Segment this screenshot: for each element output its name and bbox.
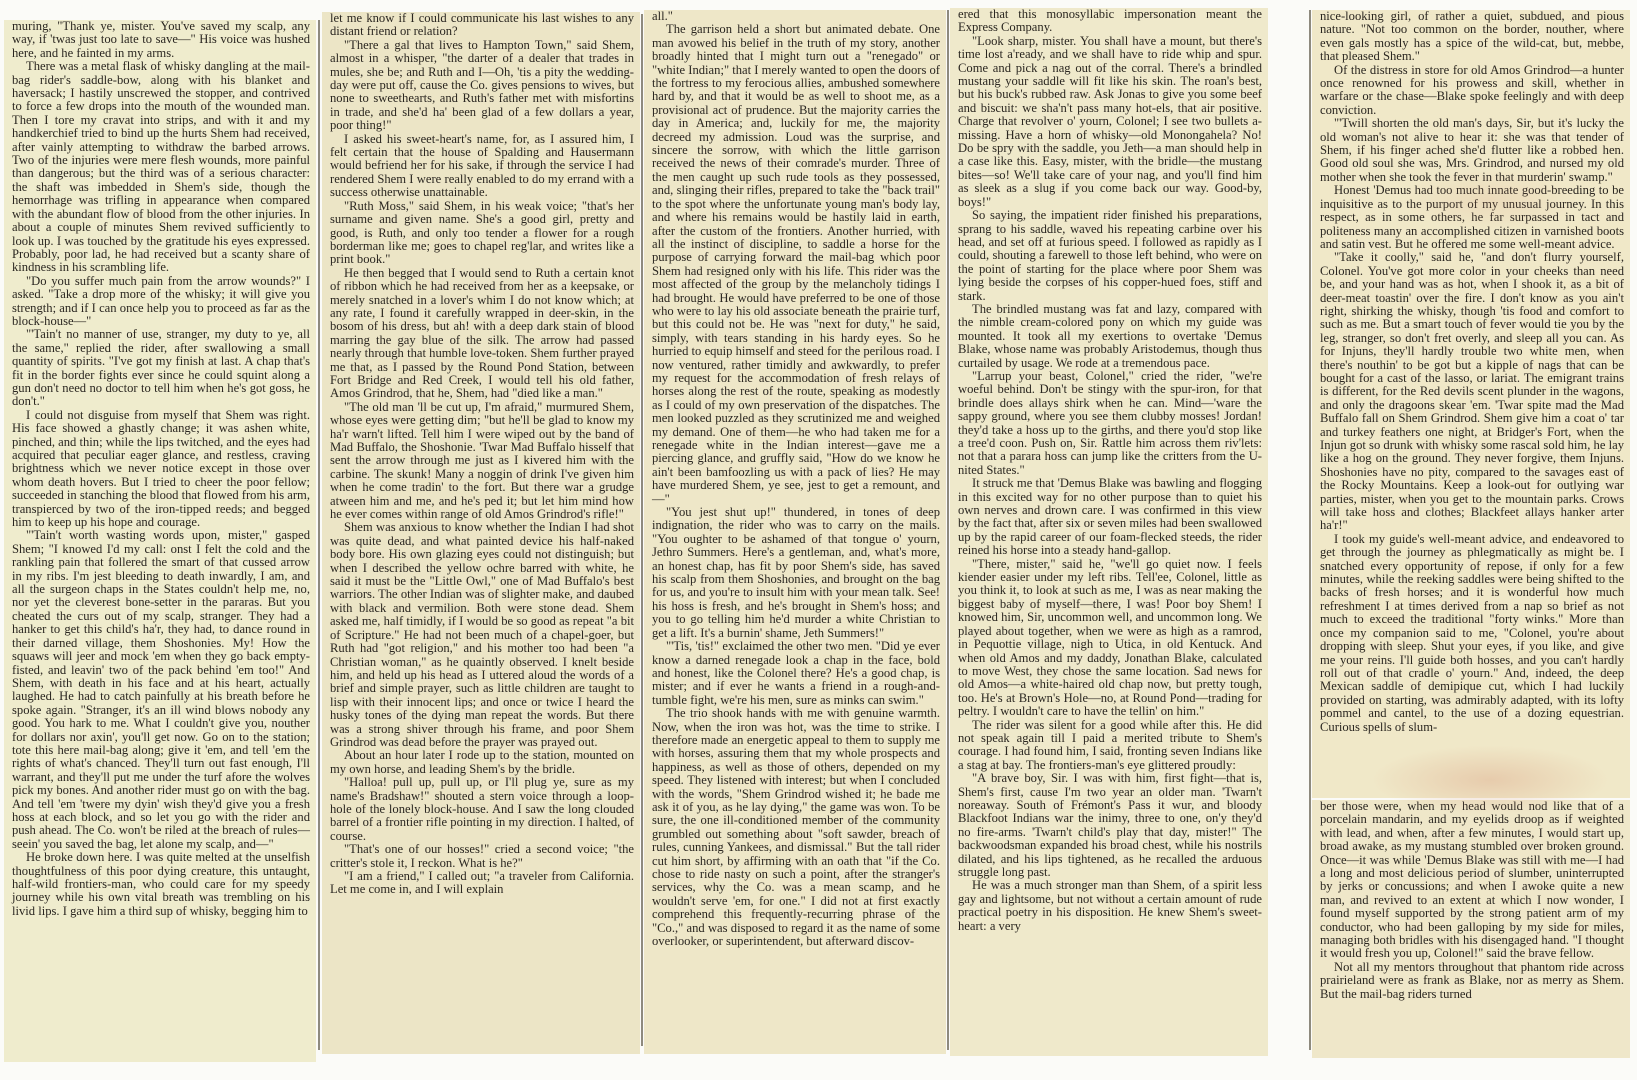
paragraph: I asked his sweet-heart's name, for, as … bbox=[330, 133, 634, 200]
paragraph: "Ruth Moss," said Shem, in his weak voic… bbox=[330, 200, 634, 267]
column-3: all."The garrison held a short but anima… bbox=[644, 10, 946, 1054]
column-5-top: nice-looking girl, of rather a quiet, su… bbox=[1312, 10, 1630, 798]
paragraph: Not all my mentors throughout that phant… bbox=[1320, 961, 1624, 1001]
paragraph: ber those were, when my head would nod l… bbox=[1320, 800, 1624, 961]
paragraph: "'Tain't worth wasting words upon, miste… bbox=[12, 529, 310, 851]
column-rule bbox=[641, 14, 643, 1046]
column-rule bbox=[1309, 10, 1311, 1050]
paragraph: He was a much stronger man than Shem, of… bbox=[958, 879, 1262, 933]
paragraph: The brindled mustang was fat and lazy, c… bbox=[958, 303, 1262, 370]
paragraph: Shem was anxious to know whether the Ind… bbox=[330, 521, 634, 749]
paragraph: "That's one of our hosses!" cried a seco… bbox=[330, 843, 634, 870]
paragraph: nice-looking girl, of rather a quiet, su… bbox=[1320, 10, 1624, 64]
newspaper-page: muring, "Thank ye, mister. You've saved … bbox=[0, 0, 1637, 1080]
paragraph: He broke down here. I was quite melted a… bbox=[12, 851, 310, 918]
paragraph: Honest 'Demus had too much innate good-b… bbox=[1320, 184, 1624, 251]
column-5-bottom: ber those were, when my head would nod l… bbox=[1312, 800, 1630, 1058]
paragraph: muring, "Thank ye, mister. You've saved … bbox=[12, 20, 310, 60]
column-2: let me know if I could communicate his l… bbox=[322, 12, 640, 1054]
paragraph: ered that this monosyllabic impersonatio… bbox=[958, 8, 1262, 35]
paragraph: "You jest shut up!" thundered, in tones … bbox=[652, 506, 940, 640]
paragraph: He then begged that I would send to Ruth… bbox=[330, 267, 634, 401]
paragraph: So saying, the impatient rider finished … bbox=[958, 209, 1262, 303]
paragraph: The trio shook hands with me with genuin… bbox=[652, 707, 940, 948]
paragraph: I took my guide's well-meant advice, and… bbox=[1320, 533, 1624, 734]
paragraph: "There a gal that lives to Hampton Town,… bbox=[330, 39, 634, 133]
paragraph: Of the distress in store for old Amos Gr… bbox=[1320, 64, 1624, 118]
paragraph: "Take it coolly," said he, "and don't fl… bbox=[1320, 251, 1624, 533]
column-4: ered that this monosyllabic impersonatio… bbox=[950, 8, 1268, 1056]
paragraph: There was a metal flask of whisky dangli… bbox=[12, 60, 310, 275]
paragraph: The garrison held a short but animated d… bbox=[652, 23, 940, 506]
paragraph: "Do you suffer much pain from the arrow … bbox=[12, 275, 310, 329]
paragraph: It struck me that 'Demus Blake was bawli… bbox=[958, 477, 1262, 557]
paragraph: "Larrup your beast, Colonel," cried the … bbox=[958, 370, 1262, 477]
paragraph: let me know if I could communicate his l… bbox=[330, 12, 634, 39]
column-1: muring, "Thank ye, mister. You've saved … bbox=[4, 20, 316, 1062]
paragraph: I could not disguise from myself that Sh… bbox=[12, 409, 310, 530]
column-rule bbox=[947, 10, 949, 1050]
column-rule bbox=[318, 20, 320, 1050]
paragraph: "A brave boy, Sir. I was with him, first… bbox=[958, 772, 1262, 879]
paragraph: "'Tis, 'tis!" exclaimed the other two me… bbox=[652, 640, 940, 707]
paragraph: "The old man 'll be cut up, I'm afraid,"… bbox=[330, 401, 634, 522]
paragraph: "There, mister," said he, "we'll go quie… bbox=[958, 558, 1262, 719]
paragraph: "I am a friend," I called out; "a travel… bbox=[330, 870, 634, 897]
paragraph: The rider was silent for a good while af… bbox=[958, 719, 1262, 773]
paragraph: all." bbox=[652, 10, 940, 23]
paragraph: "Look sharp, mister. You shall have a mo… bbox=[958, 35, 1262, 209]
paragraph: About an hour later I rode up to the sta… bbox=[330, 749, 634, 776]
paragraph: "'Tain't no manner of use, stranger, my … bbox=[12, 328, 310, 408]
paragraph: "'Twill shorten the old man's days, Sir,… bbox=[1320, 117, 1624, 184]
paragraph: "Halloa! pull up, pull up, or I'll plug … bbox=[330, 776, 634, 843]
